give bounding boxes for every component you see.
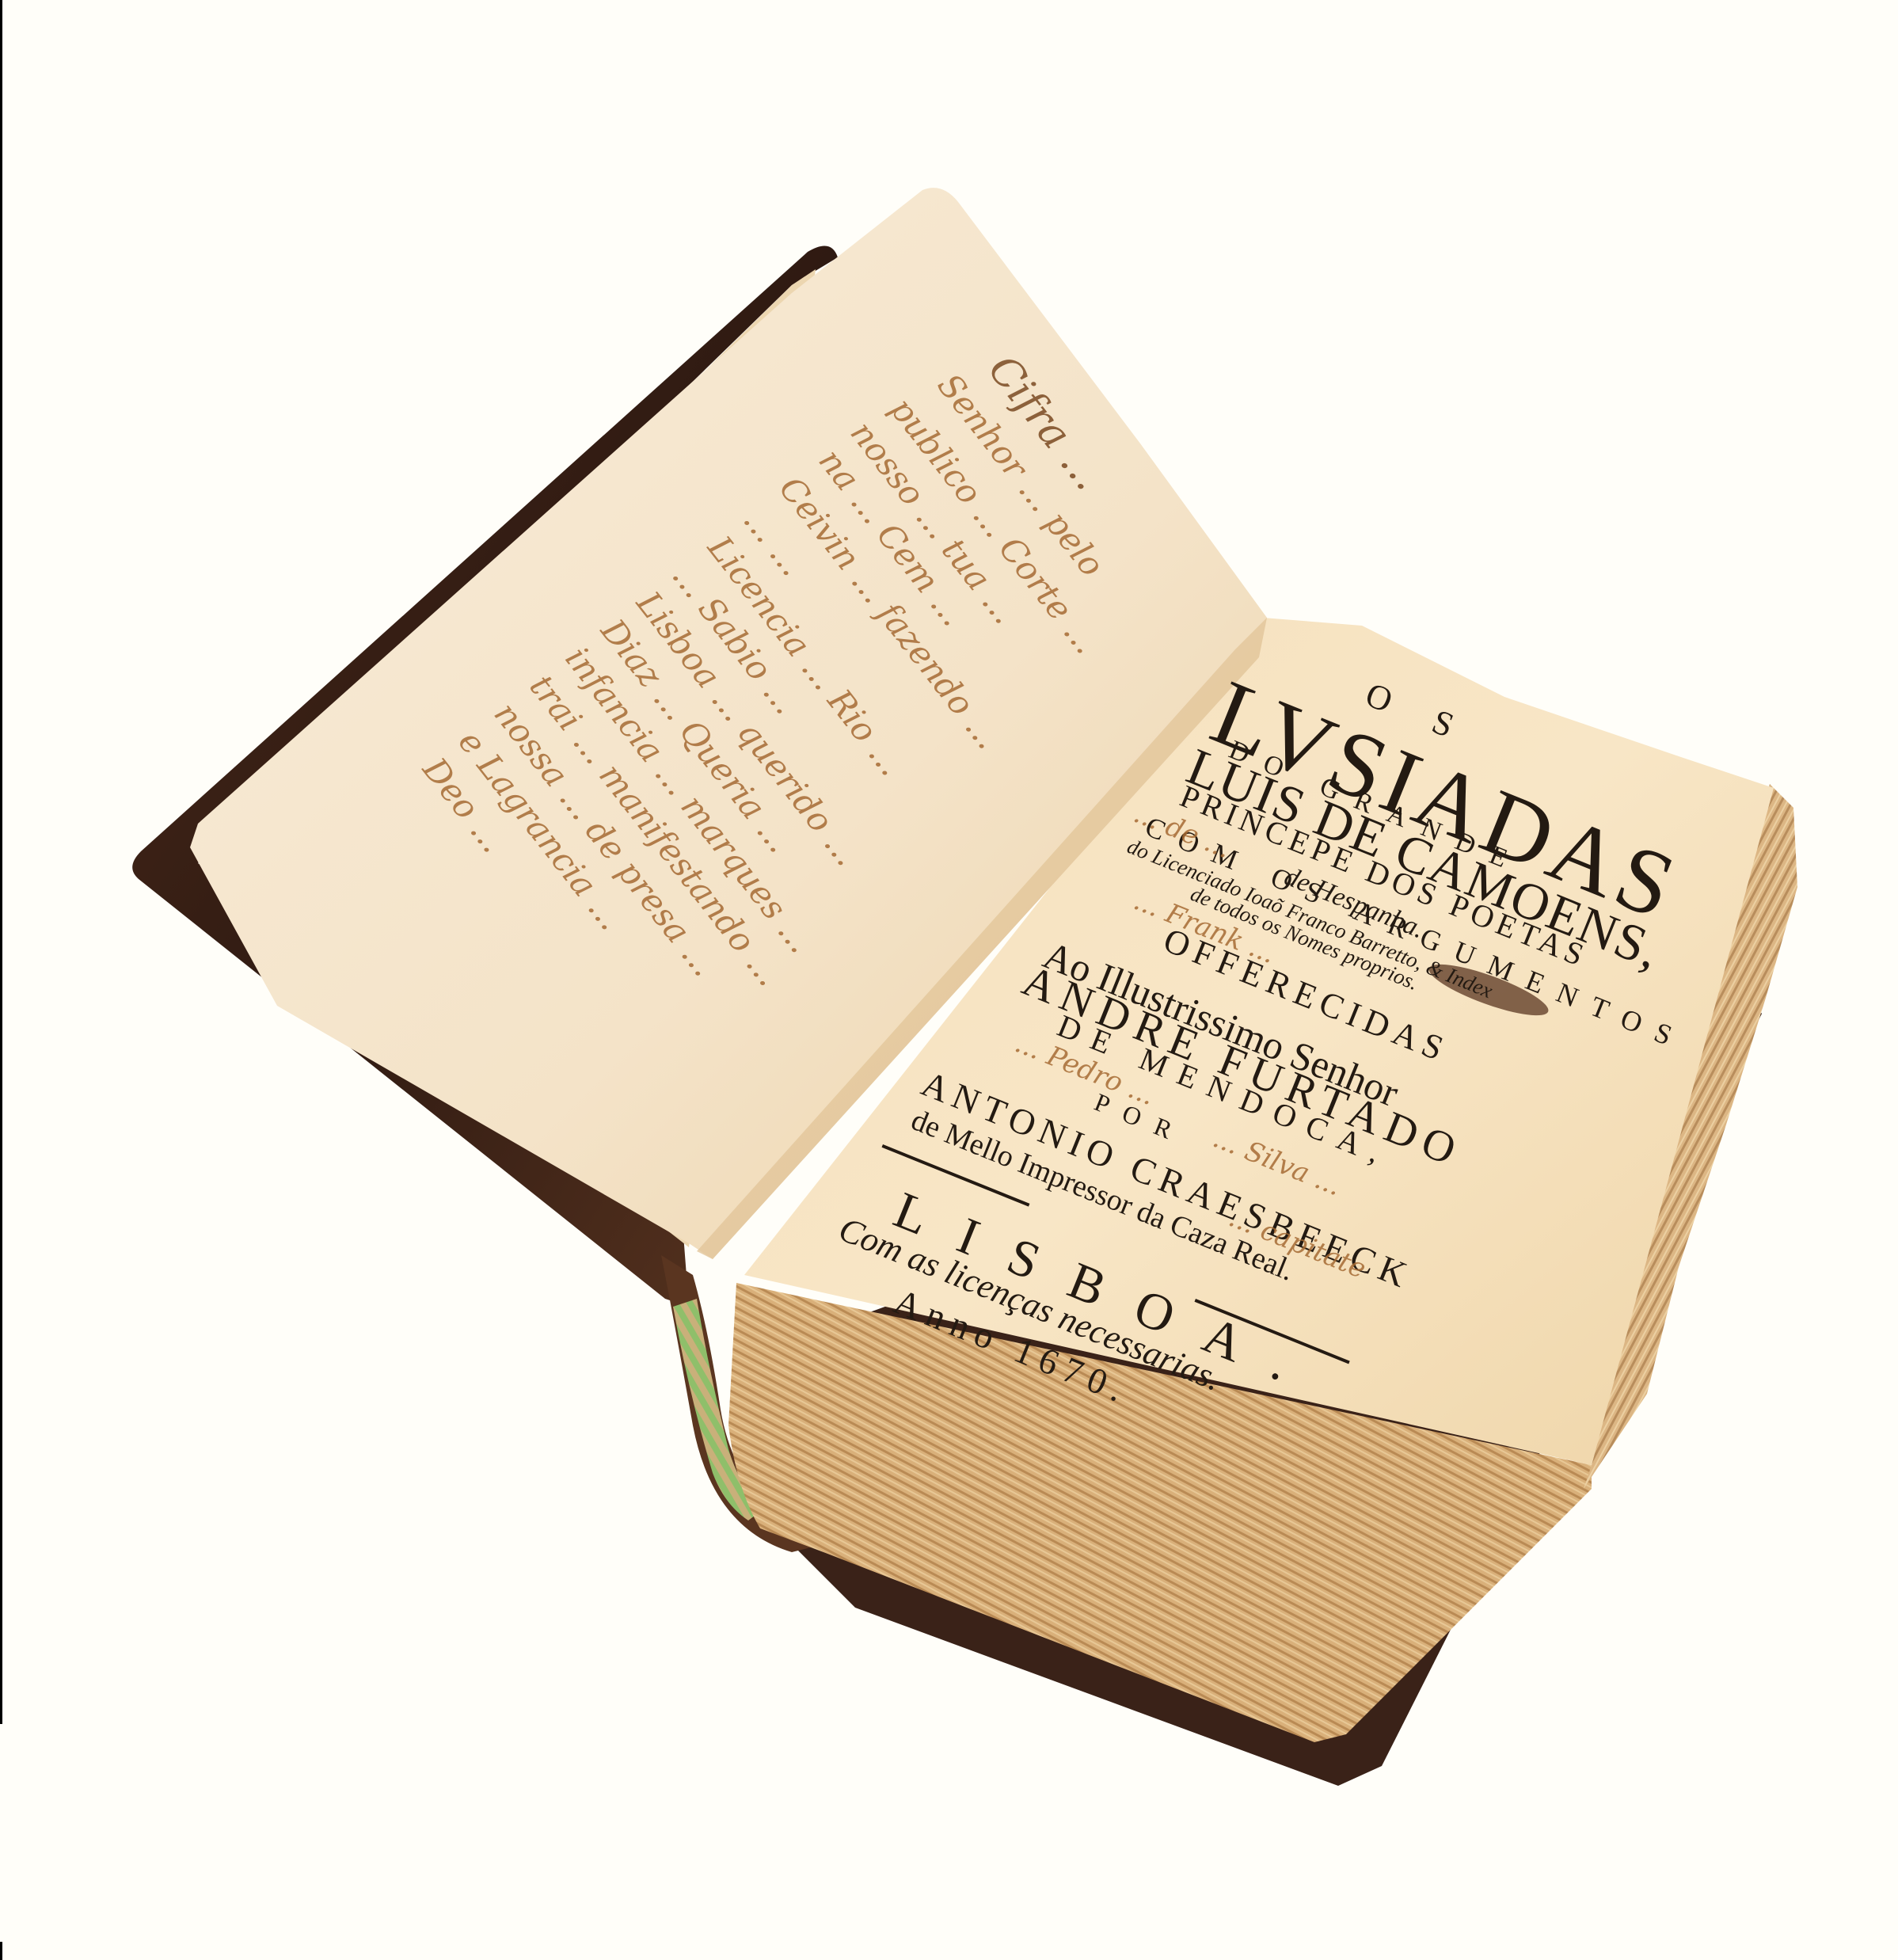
book-photo <box>0 0 1898 1960</box>
